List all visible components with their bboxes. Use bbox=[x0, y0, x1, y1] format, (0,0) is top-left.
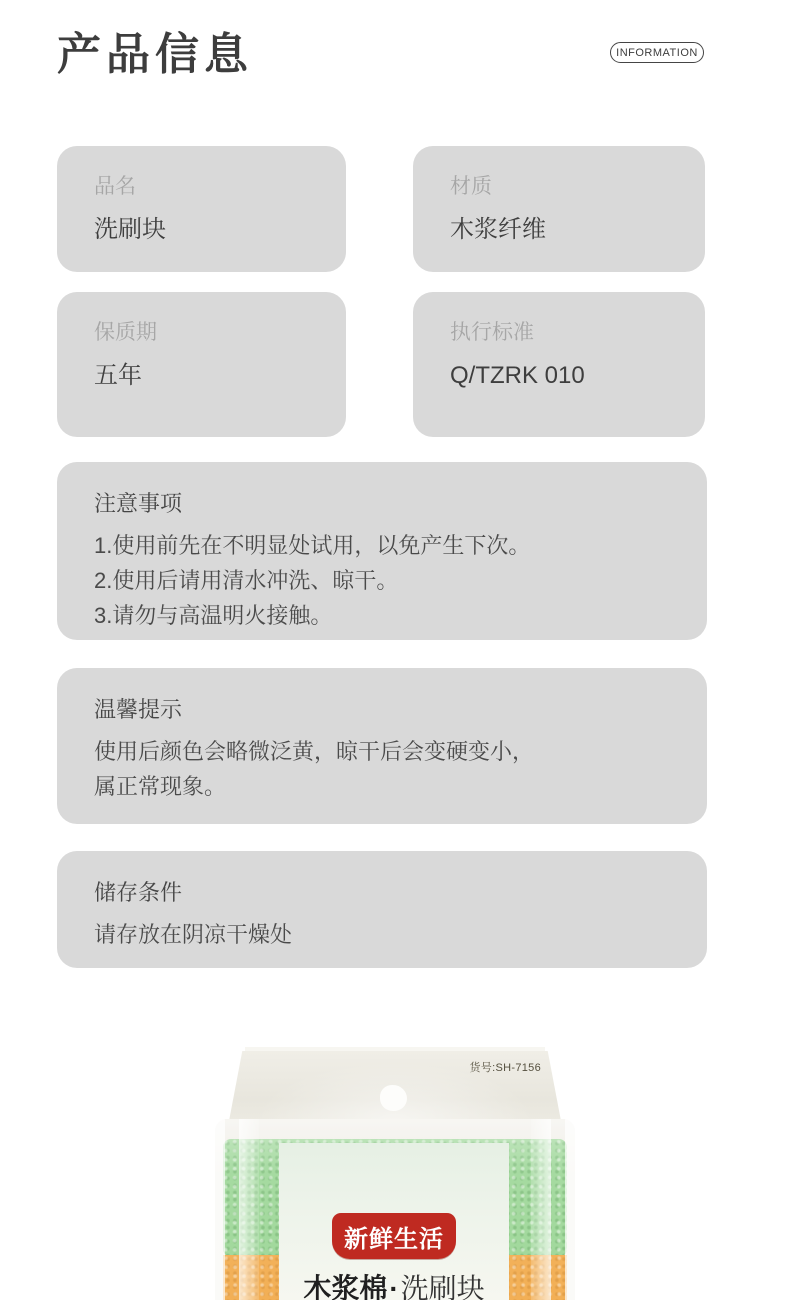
note-title: 储存条件 bbox=[94, 879, 670, 907]
note-line: 属正常现象。 bbox=[94, 769, 670, 804]
card-label: 品名 bbox=[94, 174, 309, 200]
front-label: 新鲜生活 木浆棉·洗刷块 bbox=[279, 1143, 509, 1300]
product-name-bold: 木浆棉 bbox=[303, 1273, 387, 1300]
brand-logo: 新鲜生活 bbox=[332, 1213, 456, 1259]
note-line: 1.使用前先在不明显处试用，以免产生下次。 bbox=[94, 528, 670, 563]
sku-text: 货号:SH-7156 bbox=[470, 1059, 541, 1075]
card-material: 材质 木浆纤维 bbox=[413, 146, 705, 272]
note-line: 请存放在阴凉干燥处 bbox=[94, 917, 670, 952]
brand-name: 新鲜生活 bbox=[344, 1219, 444, 1254]
card-value: 五年 bbox=[94, 361, 309, 391]
information-badge: INFORMATION bbox=[610, 42, 704, 63]
card-label: 材质 bbox=[450, 174, 668, 200]
hang-hole bbox=[380, 1085, 407, 1111]
card-value: Q/TZRK 010 bbox=[450, 361, 668, 391]
product-name-separator: · bbox=[389, 1273, 398, 1300]
note-line: 3.请勿与高温明火接触。 bbox=[94, 598, 670, 633]
bag-pleat-left bbox=[239, 1119, 259, 1300]
page-title: 产品信息 bbox=[57, 28, 253, 82]
note-line: 2.使用后请用清水冲洗、晾干。 bbox=[94, 563, 670, 598]
card-value: 木浆纤维 bbox=[450, 215, 668, 245]
card-label: 保质期 bbox=[94, 320, 309, 346]
product-photo: 货号:SH-7156 新鲜生活 木浆棉·洗刷块 bbox=[215, 1045, 575, 1300]
card-standard: 执行标准 Q/TZRK 010 bbox=[413, 292, 705, 437]
card-warm-tips: 温馨提示 使用后颜色会略微泛黄，晾干后会变硬变小， 属正常现象。 bbox=[57, 668, 707, 824]
bag-edge-left bbox=[215, 1119, 225, 1300]
card-product-name: 品名 洗刷块 bbox=[57, 146, 346, 272]
note-title: 温馨提示 bbox=[94, 696, 670, 724]
product-name-rest: 洗刷块 bbox=[401, 1273, 485, 1300]
bag-edge-right bbox=[565, 1119, 575, 1300]
note-title: 注意事项 bbox=[94, 490, 670, 518]
card-label: 执行标准 bbox=[450, 320, 668, 346]
bag-pleat-right bbox=[531, 1119, 551, 1300]
card-storage: 储存条件 请存放在阴凉干燥处 bbox=[57, 851, 707, 968]
product-name-line: 木浆棉·洗刷块 bbox=[279, 1267, 509, 1300]
card-value: 洗刷块 bbox=[94, 215, 309, 245]
card-precautions: 注意事项 1.使用前先在不明显处试用，以免产生下次。 2.使用后请用清水冲洗、晾… bbox=[57, 462, 707, 640]
card-shelf-life: 保质期 五年 bbox=[57, 292, 346, 437]
note-line: 使用后颜色会略微泛黄，晾干后会变硬变小， bbox=[94, 734, 670, 769]
